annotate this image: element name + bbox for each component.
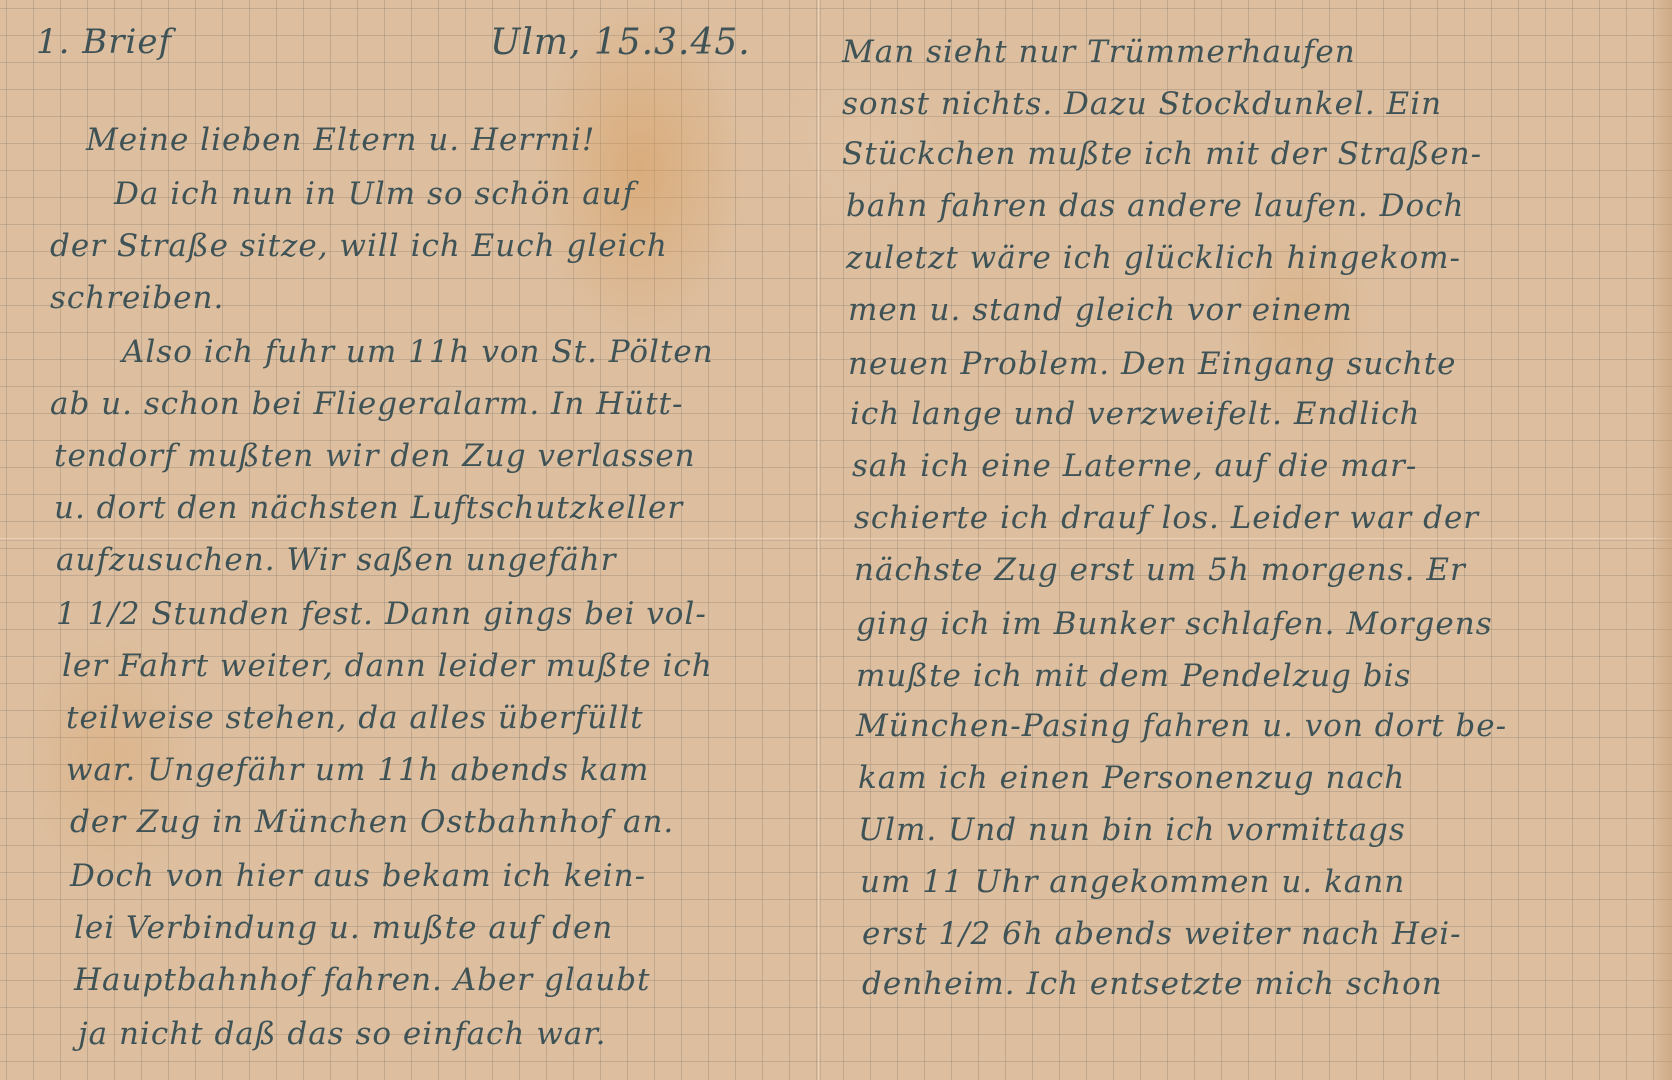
text-line: der Zug in München Ostbahnhof an. xyxy=(70,804,674,840)
right-page: Man sieht nur Trümmerhaufen sonst nichts… xyxy=(822,0,1672,1080)
text-line: denheim. Ich entsetzte mich schon xyxy=(862,966,1443,1002)
text-line: ler Fahrt weiter, dann leider mußte ich xyxy=(62,648,713,684)
text-line: kam ich einen Personenzug nach xyxy=(858,760,1405,796)
text-line: um 11 Uhr angekommen u. kann xyxy=(860,864,1405,900)
text-line: schierte ich drauf los. Leider war der xyxy=(854,500,1479,536)
text-line: u. dort den nächsten Luftschutzkeller xyxy=(54,490,683,526)
text-line: Stückchen mußte ich mit der Straßen- xyxy=(842,136,1482,172)
text-line: ab u. schon bei Fliegeralarm. In Hütt- xyxy=(50,386,683,422)
text-line: schreiben. xyxy=(50,280,224,316)
text-line: ging ich im Bunker schlafen. Morgens xyxy=(856,606,1493,642)
text-line: sonst nichts. Dazu Stockdunkel. Ein xyxy=(842,86,1442,122)
text-line: zuletzt wäre ich glücklich hingekom- xyxy=(846,240,1461,276)
text-line: lei Verbindung u. mußte auf den xyxy=(74,910,613,946)
text-line: sah ich eine Laterne, auf die mar- xyxy=(852,448,1417,484)
text-line: mußte ich mit dem Pendelzug bis xyxy=(856,658,1411,694)
left-page: 1. Brief Ulm, 15.3.45. Meine lieben Elte… xyxy=(0,0,818,1080)
text-line: Also ich fuhr um 11h von St. Pölten xyxy=(122,334,714,370)
text-line: aufzusuchen. Wir saßen ungefähr xyxy=(56,542,616,578)
text-line: der Straße sitze, will ich Euch gleich xyxy=(50,228,668,264)
text-line: neuen Problem. Den Eingang suchte xyxy=(848,346,1457,382)
text-line: nächste Zug erst um 5h morgens. Er xyxy=(854,552,1466,588)
text-line: bahn fahren das andere laufen. Doch xyxy=(846,188,1464,224)
text-line: teilweise stehen, da alles überfüllt xyxy=(66,700,644,736)
text-line: erst 1/2 6h abends weiter nach Hei- xyxy=(862,916,1462,952)
place-date: Ulm, 15.3.45. xyxy=(490,22,751,63)
text-line: tendorf mußten wir den Zug verlassen xyxy=(54,438,696,474)
text-line: ja nicht daß das so einfach war. xyxy=(78,1016,607,1052)
text-line: men u. stand gleich vor einem xyxy=(848,292,1353,328)
text-line: Ulm. Und nun bin ich vormittags xyxy=(858,812,1406,848)
text-line: Doch von hier aus bekam ich kein- xyxy=(70,858,646,894)
text-line: Da ich nun in Ulm so schön auf xyxy=(114,176,635,212)
letter-number-label: 1. Brief xyxy=(36,22,172,62)
text-line: Man sieht nur Trümmerhaufen xyxy=(842,34,1356,70)
text-line: München-Pasing fahren u. von dort be- xyxy=(856,708,1507,744)
text-line: ich lange und verzweifelt. Endlich xyxy=(850,396,1420,432)
text-line: war. Ungefähr um 11h abends kam xyxy=(66,752,649,788)
text-line: 1 1/2 Stunden fest. Dann gings bei vol- xyxy=(56,596,707,632)
text-line: Hauptbahnhof fahren. Aber glaubt xyxy=(74,962,651,998)
salutation-line: Meine lieben Eltern u. Herrni! xyxy=(86,122,595,158)
